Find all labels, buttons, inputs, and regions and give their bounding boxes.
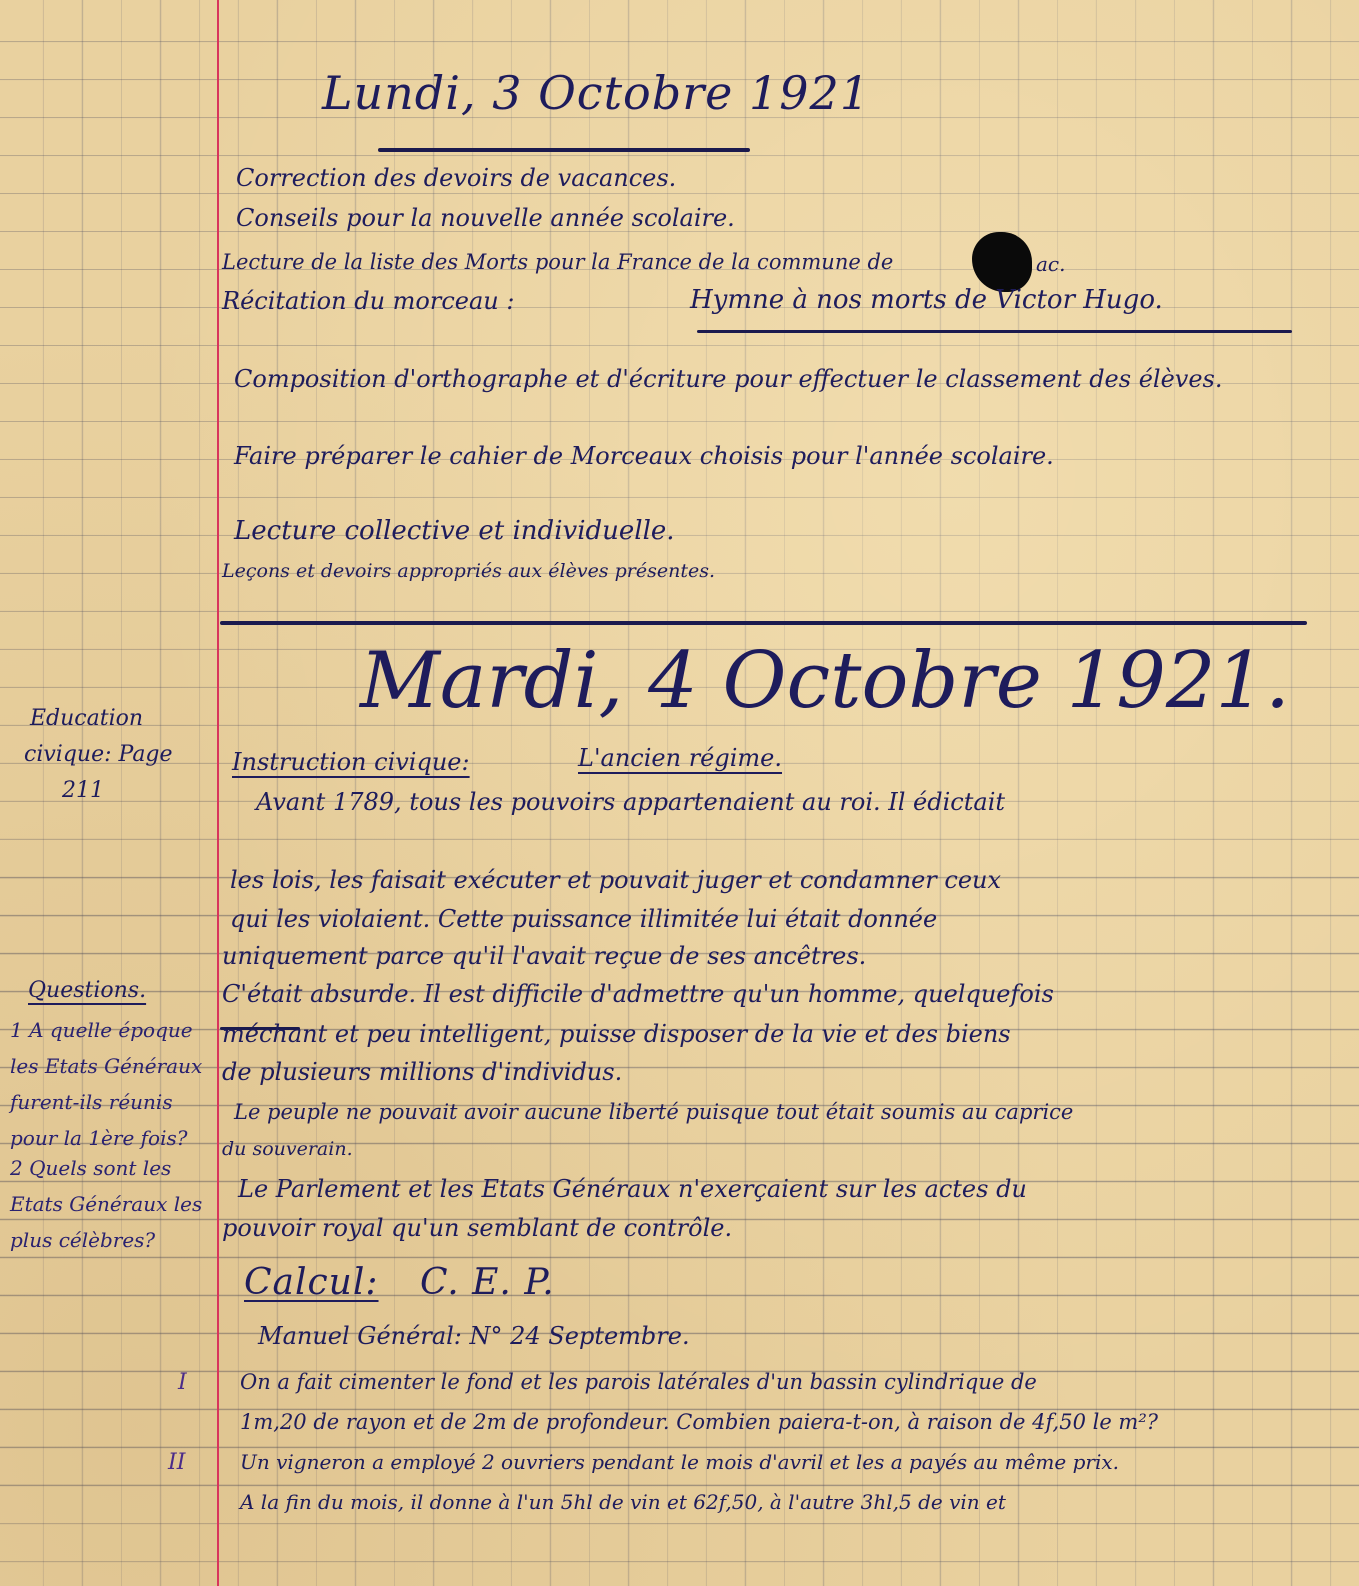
monday-line-7: Lecture collective et individuelle. <box>234 516 675 546</box>
civics-p11: pouvoir royal qu'un semblant de contrôle… <box>222 1214 732 1242</box>
monday-line-5: Composition d'orthographe et d'écriture … <box>234 365 1223 393</box>
civics-p10: Le Parlement et les Etats Généraux n'exe… <box>238 1175 1027 1203</box>
day-separator <box>220 621 1307 625</box>
questions-heading: Questions. <box>28 978 146 1003</box>
monday-line-2: Conseils pour la nouvelle année scolaire… <box>236 204 735 232</box>
civics-p7: de plusieurs millions d'individus. <box>222 1058 622 1086</box>
monday-line-6: Faire préparer le cahier de Morceaux cho… <box>234 442 1054 470</box>
monday-line-4: Récitation du morceau : <box>222 287 514 315</box>
monday-line-1: Correction des devoirs de vacances. <box>236 164 676 192</box>
monday-heading: Lundi, 3 Octobre 1921 <box>322 66 870 120</box>
civics-topic: L'ancien régime. <box>578 744 782 772</box>
calcul-level: C. E. P. <box>420 1262 555 1303</box>
problem-number-2: II <box>168 1450 185 1475</box>
recitation-title: Hymne à nos morts de Victor Hugo. <box>690 285 1163 315</box>
civics-label: Instruction civique: <box>232 748 470 776</box>
commune-suffix: ac. <box>1036 252 1065 276</box>
recitation-underline <box>697 330 1292 333</box>
civics-p1: Avant 1789, tous les pouvoirs appartenai… <box>256 788 1005 816</box>
civics-p2: les lois, les faisait exécuter et pouvai… <box>230 866 1001 894</box>
margin-ref-1: Education <box>30 706 143 731</box>
problem-1-line-2: 1m,20 de rayon et de 2m de profondeur. C… <box>240 1410 1158 1434</box>
monday-line-8: Leçons et devoirs appropriés aux élèves … <box>222 560 715 582</box>
margin-ref-3: 211 <box>62 778 104 803</box>
margin-question-1: 1 A quelle époque les Etats Généraux fur… <box>10 1012 205 1156</box>
tuesday-heading: Mardi, 4 Octobre 1921. <box>360 636 1290 726</box>
problem-number-1: I <box>178 1370 187 1395</box>
calcul-source: Manuel Général: N° 24 Septembre. <box>258 1322 690 1350</box>
margin-question-2: 2 Quels sont les Etats Généraux les plus… <box>10 1150 205 1258</box>
monday-line-3: Lecture de la liste des Morts pour la Fr… <box>222 250 893 274</box>
civics-p4: uniquement parce qu'il l'avait reçue de … <box>222 942 866 970</box>
margin-ref-2: civique: Page <box>24 742 173 767</box>
civics-p8: Le peuple ne pouvait avoir aucune libert… <box>234 1100 1073 1124</box>
problem-2-line-1: Un vigneron a employé 2 ouvriers pendant… <box>240 1450 1119 1474</box>
problem-1-line-1: On a fait cimenter le fond et les parois… <box>240 1370 1037 1394</box>
civics-p5: C'était absurde. Il est difficile d'adme… <box>222 980 1054 1008</box>
margin-line <box>217 0 219 1586</box>
civics-p9: du souverain. <box>222 1138 353 1160</box>
civics-p3: qui les violaient. Cette puissance illim… <box>230 905 937 933</box>
civics-p6: méchant et peu intelligent, puisse dispo… <box>222 1020 1011 1048</box>
calcul-label: Calcul: <box>244 1262 379 1303</box>
problem-2-line-2: A la fin du mois, il donne à l'un 5hl de… <box>240 1490 1006 1514</box>
heading-underline <box>378 148 750 152</box>
